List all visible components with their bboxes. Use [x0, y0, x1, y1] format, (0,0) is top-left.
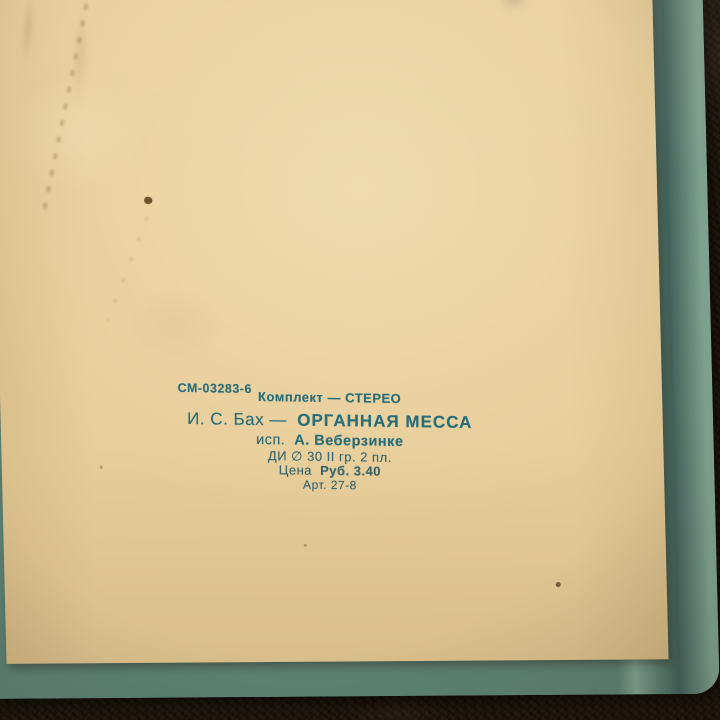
work-title: ОРГАННАЯ МЕССА [297, 411, 472, 432]
record-sleeve-back: СМ-03283-6 Комплект — СТЕРЕО И. С. Бах —… [0, 0, 669, 664]
price-value: Руб. 3.40 [320, 463, 381, 479]
paper-stain-speck [144, 197, 152, 204]
paper-stain-speck [304, 544, 307, 547]
price-prefix: Цена [279, 462, 312, 477]
performer-name: А. Веберзинке [294, 433, 403, 451]
paper-smudge [492, 0, 535, 16]
catalog-number: СМ-03283-6 [178, 381, 252, 396]
performer-prefix: исп. [256, 432, 285, 448]
paper-stain-speck [100, 465, 103, 469]
title-line: И. С. Бах — ОРГАННАЯ МЕССА [168, 409, 492, 433]
printed-text-block: СМ-03283-6 Комплект — СТЕРЕО И. С. Бах —… [168, 375, 492, 494]
composer-name: И. С. Бах — [187, 409, 287, 429]
paper-stain-speck [556, 582, 561, 587]
paper-stain-trail [106, 216, 148, 321]
photo-scene: СМ-03283-6 Комплект — СТЕРЕО И. С. Бах —… [0, 0, 720, 720]
paper-stain-streak [16, 0, 39, 78]
